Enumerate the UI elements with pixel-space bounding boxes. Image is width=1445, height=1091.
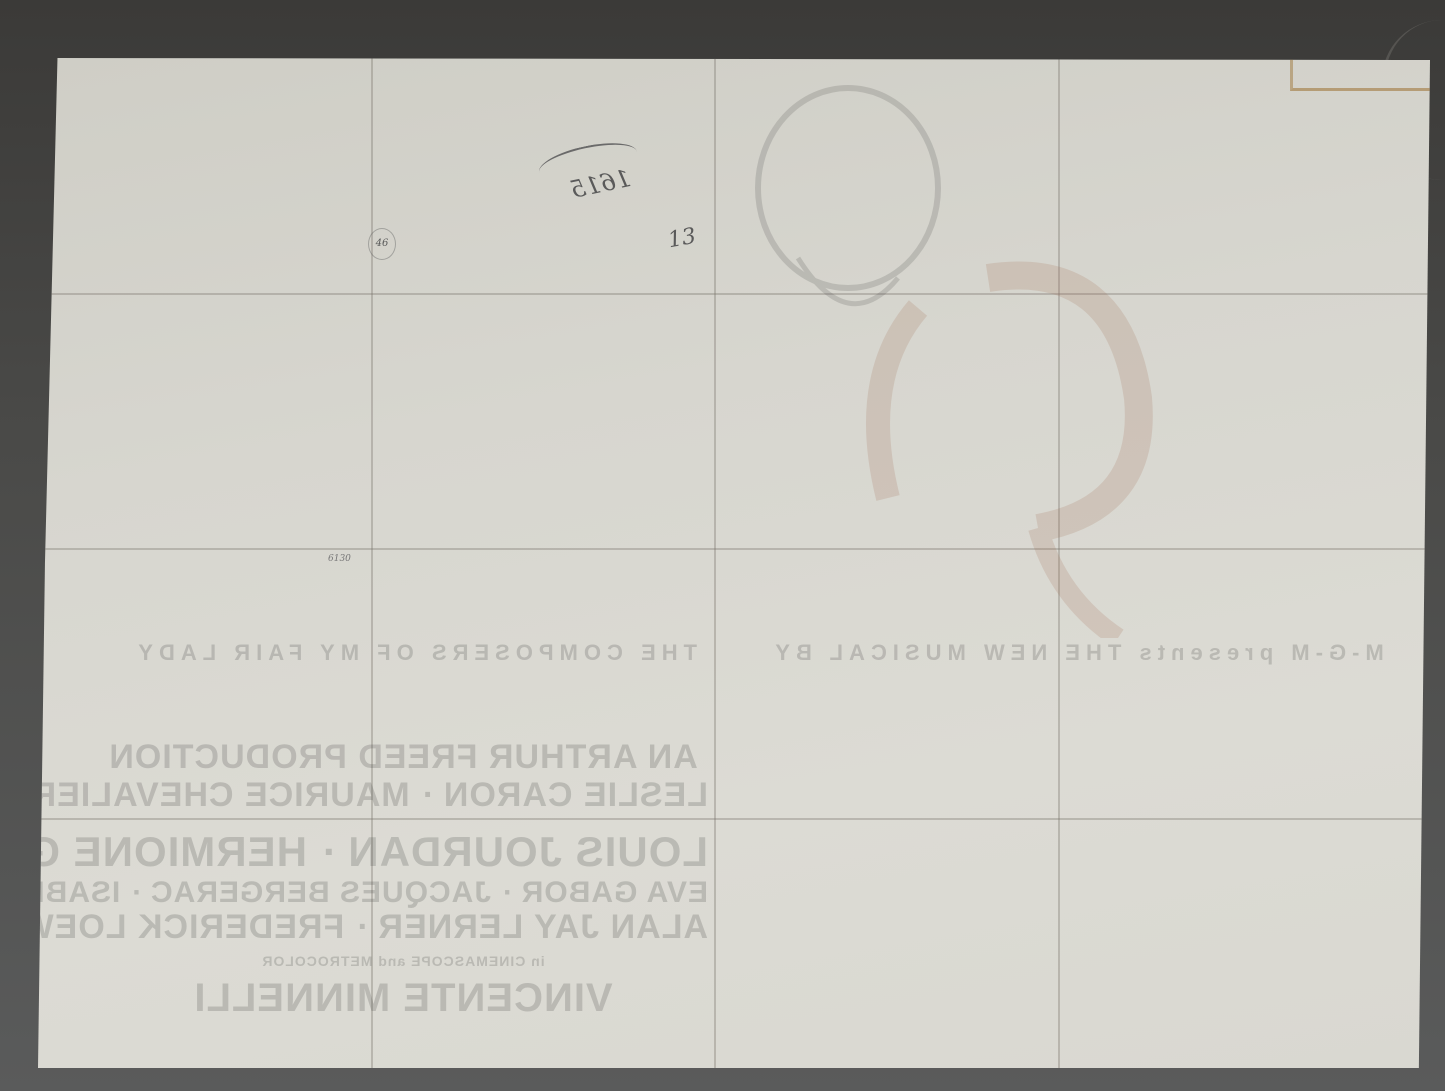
showthrough-director-credit: VINCENTE MINNELLI: [98, 976, 708, 1021]
showthrough-portrait-illustration: [738, 78, 1168, 638]
showthrough-credit-line: AN ARTHUR FREED PRODUCTION: [98, 738, 708, 777]
pencil-small-note: 13: [666, 224, 698, 253]
fold-line-horizontal: [38, 293, 1430, 295]
poster-back: M-G-M presents THE NEW MUSICAL BY THE CO…: [38, 58, 1430, 1068]
showthrough-tagline: M-G-M presents THE NEW MUSICAL BY THE CO…: [128, 640, 1388, 666]
fold-line-vertical: [714, 58, 716, 1068]
fold-line-horizontal: [38, 548, 1430, 550]
tagline-right-text: M-G-M presents THE NEW MUSICAL BY: [770, 640, 1384, 665]
fold-line-horizontal: [38, 818, 1430, 820]
tagline-left-text: THE COMPOSERS OF MY FAIR LADY: [132, 640, 697, 665]
tape-stain: [1290, 58, 1433, 91]
showthrough-credit-line: in CINEMASCOPE and METROCOLOR: [98, 953, 708, 969]
pencil-corner-note: 6130: [328, 554, 351, 564]
showthrough-credit-line: ALAN JAY LERNER · FREDERICK LOEWE: [98, 908, 708, 947]
showthrough-credit-line: LOUIS JOURDAN · HERMIONE GINGOLD: [98, 828, 708, 876]
showthrough-credit-line: LESLIE CARON · MAURICE CHEVALIER: [98, 776, 708, 815]
showthrough-credit-line: EVA GABOR · JACQUES BERGERAC · ISABEL JE…: [98, 876, 708, 910]
pencil-circled-note: 46: [368, 228, 396, 260]
